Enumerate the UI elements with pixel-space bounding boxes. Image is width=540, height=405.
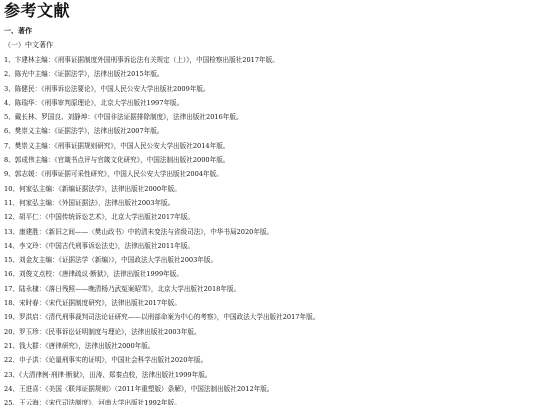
reference-item: 4、陈瑞华：《刑事审判原理论》，北京大学出版社1997年版。 — [4, 96, 319, 110]
reference-text: 陈健民：《刑事诉讼法要论》，中国人民公安大学出版社2009年版。 — [15, 85, 210, 93]
reference-text: 何家弘主编：《新编证据法学》，法律出版社2000年版。 — [19, 185, 181, 193]
reference-separator: 、 — [8, 127, 15, 135]
reference-text: 郭成伟主编：《官箴书点评与官箴文化研究》，中国法制出版社2000年版。 — [15, 156, 230, 164]
reference-item: 13、康建胜：《新旧之间——〈樊山政书〉中的清末变法与省级司法》，中华书局202… — [4, 225, 319, 239]
reference-item: 12、胡平仁：《中国传统诉讼艺术》，北京大学出版社2017年版。 — [4, 210, 319, 224]
reference-text: 胡平仁：《中国传统诉讼艺术》，北京大学出版社2017年版。 — [19, 213, 194, 221]
reference-item: 17、陆永棣：《落日残照——晚清杨乃武冤案昭雪》，北京大学出版社2018年版。 — [4, 282, 319, 296]
reference-item: 3、陈健民：《刑事诉讼法要论》，中国人民公安大学出版社2009年版。 — [4, 82, 319, 96]
reference-text: 《大清律例·刑律·断狱》，田涛、郑秦点校，法律出版社1999年版。 — [19, 371, 211, 379]
reference-item: 24、王进喜：《美国〈联邦证据规则〉（2011年重塑版）条解》，中国法制出版社2… — [4, 382, 319, 396]
reference-separator: 、 — [12, 342, 19, 350]
reference-separator: 、 — [12, 185, 19, 193]
reference-item: 16、刘俊文点校：《唐律疏议·断狱》，法律出版社1999年版。 — [4, 267, 319, 281]
reference-text: 刘金友主编：《证据法学（新编）》，中国政法大学出版社2003年版。 — [19, 256, 217, 264]
reference-separator: 、 — [12, 328, 19, 336]
reference-text: 王云海：《宋代司法制度》，河南大学出版社1992年版。 — [19, 399, 181, 405]
reference-separator: 、 — [12, 270, 19, 278]
reference-item: 10、何家弘主编：《新编证据法学》，法律出版社2000年版。 — [4, 182, 319, 196]
reference-list: 1、卞建林主编：《刑事证据制度外国刑事诉讼法有关规定（上）》，中国检察出版社20… — [4, 53, 319, 405]
reference-item: 8、郭成伟主编：《官箴书点评与官箴文化研究》，中国法制出版社2000年版。 — [4, 153, 319, 167]
reference-text: 何家弘主编：《外国证据法》，法律出版社2003年版。 — [19, 199, 174, 207]
reference-item: 7、樊崇义主编：《刑事证据规则研究》，中国人民公安大学出版社2014年版。 — [4, 139, 319, 153]
reference-separator: 、 — [12, 299, 19, 307]
reference-separator: 、 — [12, 399, 19, 405]
reference-separator: 、 — [12, 242, 19, 250]
reference-separator: 、 — [8, 170, 15, 178]
document-page: 参考文献 一、著作 （一）中文著作 1、卞建林主编：《刑事证据制度外国刑事诉讼法… — [0, 0, 540, 405]
reference-separator: 、 — [8, 70, 15, 78]
reference-text: 康建胜：《新旧之间——〈樊山政书〉中的清末变法与省级司法》，中华书局2020年版… — [19, 228, 273, 236]
subsection-heading: （一）中文著作 — [4, 40, 53, 50]
reference-text: 罗玉珍：《民事诉讼证明制度与理论》，法律出版社2003年版。 — [19, 328, 201, 336]
reference-text: 陆永棣：《落日残照——晚清杨乃武冤案昭雪》，北京大学出版社2018年版。 — [19, 285, 240, 293]
reference-text: 罗洪启：《清代刑事裁判司法论证研究——以刑部命案为中心的考察》，中国政法大学出版… — [19, 313, 319, 321]
page-title: 参考文献 — [4, 1, 70, 21]
reference-text: 樊崇义主编：《证据法学》，法律出版社2007年版。 — [15, 127, 164, 135]
reference-item: 6、樊崇义主编：《证据法学》，法律出版社2007年版。 — [4, 124, 319, 138]
reference-separator: 、 — [12, 313, 19, 321]
reference-text: 钱大群：《唐律研究》，法律出版社2000年版。 — [19, 342, 154, 350]
reference-item: 2、陈光中主编：《证据法学》，法律出版社2015年版。 — [4, 67, 319, 81]
reference-separator: 、 — [12, 371, 19, 379]
reference-separator: 、 — [8, 85, 15, 93]
reference-separator: 、 — [8, 99, 15, 107]
reference-separator: 、 — [12, 356, 19, 364]
reference-item: 25、王云海：《宋代司法制度》，河南大学出版社1992年版。 — [4, 396, 319, 405]
reference-text: 李文玲：《中国古代刑事诉讼法史》，法律出版社2011年版。 — [19, 242, 194, 250]
reference-separator: 、 — [12, 213, 19, 221]
reference-text: 郭志媛：《刑事证据可采性研究》，中国人民公安大学出版社2004年版。 — [15, 170, 223, 178]
section-heading: 一、著作 — [4, 26, 32, 36]
reference-separator: 、 — [8, 56, 15, 64]
reference-item: 22、申子洪：《论量刑事实的证明》，中国社会科学出版社2020年版。 — [4, 353, 319, 367]
reference-text: 陈光中主编：《证据法学》，法律出版社2015年版。 — [15, 70, 164, 78]
reference-separator: 、 — [12, 285, 19, 293]
reference-separator: 、 — [8, 156, 15, 164]
reference-item: 5、戴长林、罗国良、刘静坤：《中国非法证据排除制度》，法律出版社2016年版。 — [4, 110, 319, 124]
reference-item: 18、宋时春：《宋代证据制度研究》，法律出版社2017年版。 — [4, 296, 319, 310]
reference-item: 14、李文玲：《中国古代刑事诉讼法史》，法律出版社2011年版。 — [4, 239, 319, 253]
reference-item: 9、郭志媛：《刑事证据可采性研究》，中国人民公安大学出版社2004年版。 — [4, 167, 319, 181]
reference-item: 20、罗玉珍：《民事诉讼证明制度与理论》，法律出版社2003年版。 — [4, 325, 319, 339]
reference-text: 申子洪：《论量刑事实的证明》，中国社会科学出版社2020年版。 — [19, 356, 207, 364]
reference-separator: 、 — [12, 228, 19, 236]
reference-item: 15、刘金友主编：《证据法学（新编）》，中国政法大学出版社2003年版。 — [4, 253, 319, 267]
reference-separator: 、 — [12, 199, 19, 207]
reference-item: 19、罗洪启：《清代刑事裁判司法论证研究——以刑部命案为中心的考察》，中国政法大… — [4, 310, 319, 324]
reference-separator: 、 — [12, 256, 19, 264]
reference-item: 1、卞建林主编：《刑事证据制度外国刑事诉讼法有关规定（上）》，中国检察出版社20… — [4, 53, 319, 67]
reference-item: 21、钱大群：《唐律研究》，法律出版社2000年版。 — [4, 339, 319, 353]
reference-text: 戴长林、罗国良、刘静坤：《中国非法证据排除制度》，法律出版社2016年版。 — [15, 113, 243, 121]
reference-item: 23、《大清律例·刑律·断狱》，田涛、郑秦点校，法律出版社1999年版。 — [4, 368, 319, 382]
reference-separator: 、 — [8, 142, 15, 150]
reference-item: 11、何家弘主编：《外国证据法》，法律出版社2003年版。 — [4, 196, 319, 210]
reference-text: 刘俊文点校：《唐律疏议·断狱》，法律出版社1999年版。 — [19, 270, 183, 278]
reference-text: 陈瑞华：《刑事审判原理论》，北京大学出版社1997年版。 — [15, 99, 183, 107]
reference-text: 王进喜：《美国〈联邦证据规则〉（2011年重塑版）条解》，中国法制出版社2012… — [19, 385, 273, 393]
reference-text: 宋时春：《宋代证据制度研究》，法律出版社2017年版。 — [19, 299, 181, 307]
reference-text: 卞建林主编：《刑事证据制度外国刑事诉讼法有关规定（上）》，中国检察出版社2017… — [15, 56, 279, 64]
reference-separator: 、 — [12, 385, 19, 393]
reference-separator: 、 — [8, 113, 15, 121]
reference-text: 樊崇义主编：《刑事证据规则研究》，中国人民公安大学出版社2014年版。 — [15, 142, 230, 150]
